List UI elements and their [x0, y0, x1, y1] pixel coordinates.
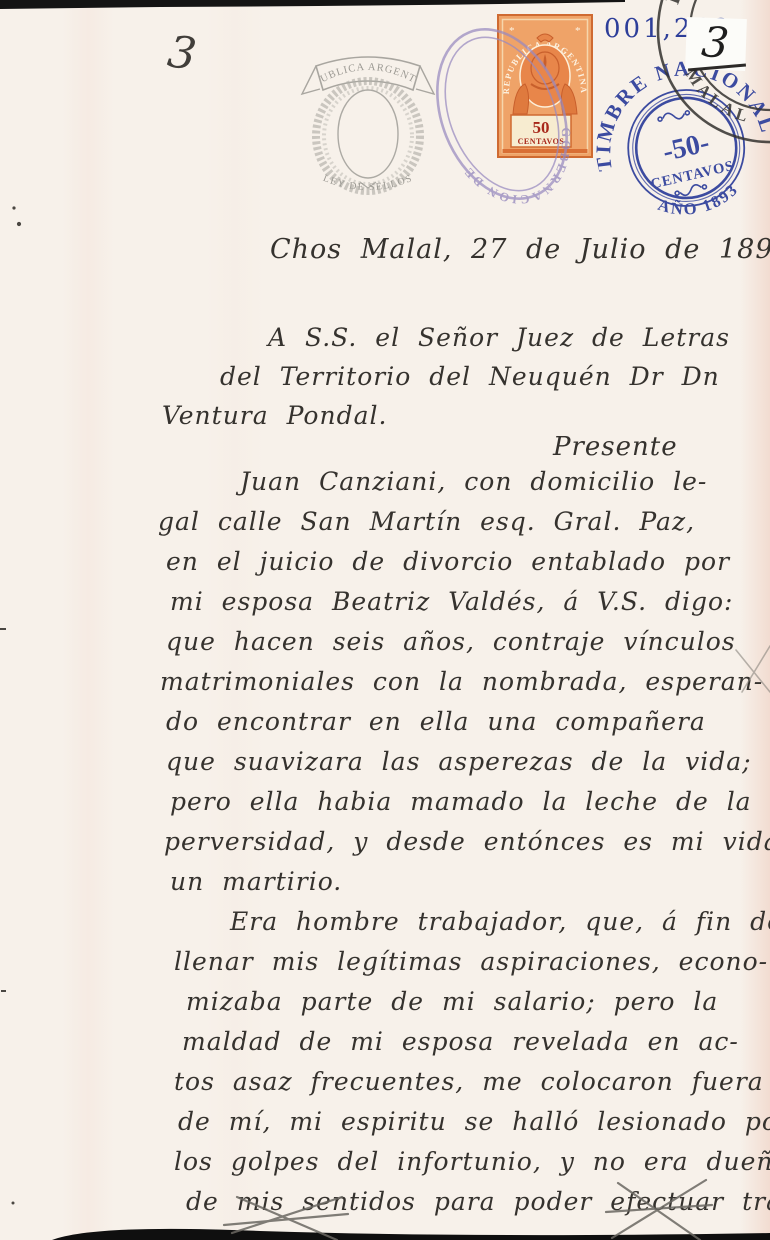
- handwriting-line: Era hombre trabajador, que, á fin de: [158, 902, 770, 942]
- handwriting-line: maldad de mi esposa revelada en ac-: [158, 1022, 770, 1062]
- handwriting-line: A S.S. el Señor Juez de Letras: [158, 318, 730, 357]
- manuscript-page: 3 REPUBLICA ARGENTINA LEY DE SELLOS: [0, 0, 770, 1240]
- handwriting-line: de mí, mi espiritu se halló lesionado po…: [158, 1102, 770, 1142]
- seal-center-oval: [338, 90, 398, 178]
- seal-wreath: [316, 81, 420, 191]
- handwriting-line: en el juicio de divorcio entablado por: [158, 542, 770, 582]
- star-icon: *: [575, 25, 581, 37]
- handwriting-line: que suavizara las asperezas de la vida;: [158, 742, 770, 782]
- handwriting-line: mi esposa Beatriz Valdés, á V.S. digo:: [158, 582, 770, 622]
- handwriting-line: matrimoniales con la nombrada, esperan-: [158, 662, 770, 702]
- letter-dateline: Chos Malal, 27 de Julio de 1893.: [270, 234, 770, 265]
- handwriting-line: Ventura Pondal.: [158, 396, 730, 435]
- handwriting-line: del Territorio del Neuquén Dr Dn: [158, 357, 730, 396]
- svg-text:GOBERNACION DE: GOBERNACION DE: [458, 123, 594, 226]
- handwriting-line: pero ella habia mamado la leche de la: [158, 782, 770, 822]
- paper-fold-tint: [62, 0, 114, 1240]
- handwritten-folio-number: 3: [700, 17, 733, 69]
- handwriting-line: perversidad, y desde entónces es mi vida: [158, 822, 770, 862]
- handwriting-line: tos asaz frecuentes, me colocaron fuera: [158, 1062, 770, 1102]
- letter-salutation: A S.S. el Señor Juez de Letras del Terri…: [158, 318, 730, 435]
- handwriting-line: llenar mis legítimas aspiraciones, econo…: [158, 942, 770, 982]
- letter-presente: Presente: [553, 432, 678, 462]
- handwriting-line: los golpes del infortunio, y no era dueñ…: [158, 1142, 770, 1182]
- svg-text:MALAL: MALAL: [675, 63, 759, 127]
- archive-stamp-bottom-text: MALAL: [675, 63, 759, 127]
- government-stamp-text: GOBERNACION DE: [458, 123, 594, 226]
- ink-speck: [0, 206, 21, 1204]
- handwriting-line: mizaba parte de mi salario; pero la: [158, 982, 770, 1022]
- handwriting-line: do encontrar en ella una compañera: [158, 702, 770, 742]
- handwriting-line: que hacen seis años, contraje vínculos: [158, 622, 770, 662]
- handwriting-line: de mis sentidos para poder efectuar tra-: [158, 1182, 770, 1222]
- scan-edge-bottom: [52, 1229, 770, 1240]
- handwriting-line: un martirio.: [158, 862, 770, 902]
- letter-body: Juan Canziani, con domicilio le- gal cal…: [158, 462, 770, 1222]
- handwriting-line: gal calle San Martín esq. Gral. Paz,: [158, 502, 770, 542]
- handwriting-line: Juan Canziani, con domicilio le-: [158, 462, 770, 502]
- handwritten-page-number: 3: [165, 26, 201, 81]
